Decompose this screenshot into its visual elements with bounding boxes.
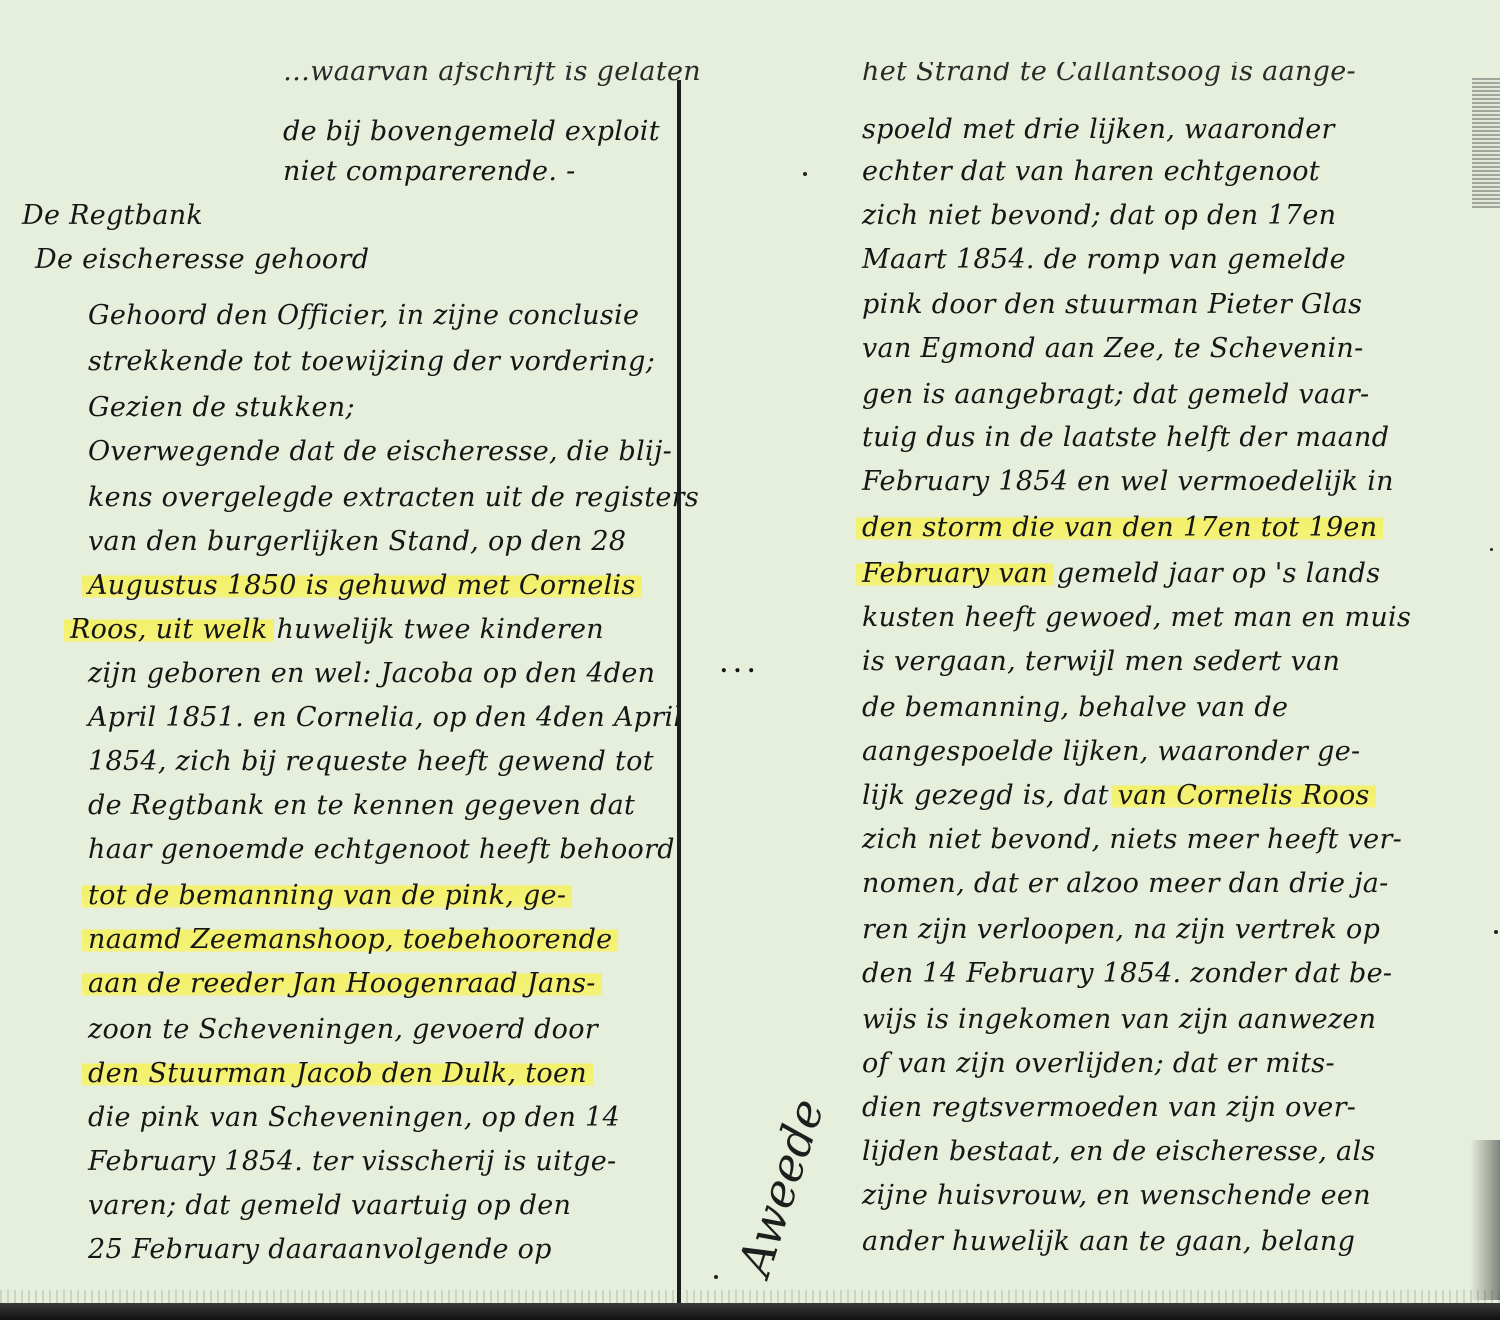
highlighted-text: naamd Zeemanshoop, toebehoorende xyxy=(82,924,618,955)
line-text: dien regtsvermoeden van zijn over- xyxy=(862,1092,1356,1123)
handwritten-line: echter dat van haren echtgenoot xyxy=(862,152,1320,192)
handwritten-line: Augustus 1850 is gehuwd met Cornelis xyxy=(88,566,636,606)
line-text: Gehoord den Officier, in zijne conclusie xyxy=(88,300,639,331)
handwritten-line: 1854, zich bij requeste heeft gewend tot xyxy=(88,742,654,782)
line-text: haar genoemde echtgenoot heeft behoord xyxy=(88,834,675,865)
highlighted-text: February van xyxy=(856,558,1054,589)
handwritten-line: of van zijn overlijden; dat er mits- xyxy=(862,1044,1335,1084)
handwritten-line: Roos, uit welk huwelijk twee kinderen xyxy=(70,610,604,650)
highlighted-text: aan de reeder Jan Hoogenraad Jans- xyxy=(82,968,602,999)
line-text: het Strand te Callantsoog is aange- xyxy=(862,62,1356,86)
line-text: de bemanning, behalve van de xyxy=(862,692,1288,723)
line-text: kusten heeft gewoed, met man en muis xyxy=(862,602,1411,633)
line-text: April 1851. en Cornelia, op den 4den Apr… xyxy=(88,702,682,733)
highlighted-text: tot de bemanning van de pink, ge- xyxy=(82,880,572,911)
handwritten-line: gen is aangebragt; dat gemeld vaar- xyxy=(862,375,1369,415)
line-text: die pink van Scheveningen, op den 14 xyxy=(88,1102,620,1133)
handwritten-line: Overwegende dat de eischeresse, die blij… xyxy=(88,432,672,472)
line-text: de Regtbank en te kennen gegeven dat xyxy=(88,790,635,821)
line-text: …waarvan afschrift is gelaten xyxy=(283,62,701,86)
line-text: Overwegende dat de eischeresse, die blij… xyxy=(88,436,672,467)
line-text: varen; dat gemeld vaartuig op den xyxy=(88,1190,571,1221)
handwritten-line: kens overgelegde extracten uit de regist… xyxy=(88,478,699,518)
handwritten-line: de bemanning, behalve van de xyxy=(862,688,1288,728)
handwritten-line: Gehoord den Officier, in zijne conclusie xyxy=(88,296,639,336)
line-text: aangespoelde lijken, waaronder ge- xyxy=(862,736,1360,767)
handwritten-line: varen; dat gemeld vaartuig op den xyxy=(88,1186,571,1226)
handwritten-line: den Stuurman Jacob den Dulk, toen xyxy=(88,1054,587,1094)
handwritten-line: De Regtbank xyxy=(22,196,203,236)
scan-noise-top-right xyxy=(1472,78,1500,208)
handwritten-line: pink door den stuurman Pieter Glas xyxy=(862,285,1362,325)
handwritten-line: de Regtbank en te kennen gegeven dat xyxy=(88,786,635,826)
handwritten-line: die pink van Scheveningen, op den 14 xyxy=(88,1098,620,1138)
line-text: lijden bestaat, en de eischeresse, als xyxy=(862,1136,1376,1167)
line-text: zijne huisvrouw, en wenschende een xyxy=(862,1180,1371,1211)
handwritten-line: lijk gezegd is, dat van Cornelis Roos xyxy=(862,776,1370,816)
line-text: zich niet bevond, niets meer heeft ver- xyxy=(862,824,1402,855)
line-text: Maart 1854. de romp van gemelde xyxy=(862,244,1346,275)
line-text: strekkende tot toewijzing der vordering; xyxy=(88,346,655,377)
line-text: gen is aangebragt; dat gemeld vaar- xyxy=(862,379,1369,410)
scan-noise-bottom-right xyxy=(1470,1140,1500,1300)
handwritten-line: kusten heeft gewoed, met man en muis xyxy=(862,598,1411,638)
handwritten-line: aangespoelde lijken, waaronder ge- xyxy=(862,732,1360,772)
handwritten-line: zich niet bevond; dat op den 17en xyxy=(862,196,1336,236)
margin-marks: ... xyxy=(720,652,761,678)
handwritten-line: ren zijn verloopen, na zijn vertrek op xyxy=(862,910,1380,950)
line-text: Gezien de stukken; xyxy=(88,392,355,423)
handwritten-line: strekkende tot toewijzing der vordering; xyxy=(88,342,655,382)
left-page: …waarvan afschrift is gelatende bij bove… xyxy=(0,0,680,1300)
highlighted-text: Augustus 1850 is gehuwd met Cornelis xyxy=(82,570,642,601)
handwritten-line: zijne huisvrouw, en wenschende een xyxy=(862,1176,1371,1216)
scan-edge-bottom xyxy=(0,1303,1500,1320)
line-text: nomen, dat er alzoo meer dan drie ja- xyxy=(862,868,1389,899)
handwritten-line: is vergaan, terwijl men sedert van xyxy=(862,642,1340,682)
handwritten-line: wijs is ingekomen van zijn aanwezen xyxy=(862,1000,1376,1040)
handwritten-line: naamd Zeemanshoop, toebehoorende xyxy=(88,920,612,960)
line-text: 25 February daaraanvolgende op xyxy=(88,1234,552,1265)
line-text: huwelijk twee kinderen xyxy=(268,614,604,645)
highlighted-text: den storm die van den 17en tot 19en xyxy=(856,512,1383,543)
line-text: De eischeresse gehoord xyxy=(35,244,369,275)
line-text: zich niet bevond; dat op den 17en xyxy=(862,200,1336,231)
line-text: lijk gezegd is, dat xyxy=(862,780,1118,811)
line-text: kens overgelegde extracten uit de regist… xyxy=(88,482,699,513)
line-text: de bij bovengemeld exploit xyxy=(283,116,660,147)
handwritten-line: zoon te Scheveningen, gevoerd door xyxy=(88,1010,598,1050)
line-text: van den burgerlijken Stand, op den 28 xyxy=(88,526,626,557)
handwritten-line: zich niet bevond, niets meer heeft ver- xyxy=(862,820,1402,860)
scan-speckle-bottom xyxy=(0,1290,1500,1304)
line-text: zijn geboren en wel: Jacoba op den 4den xyxy=(88,658,655,689)
handwritten-line: van Egmond aan Zee, te Schevenin- xyxy=(862,329,1364,369)
line-text: den 14 February 1854. zonder dat be- xyxy=(862,958,1392,989)
page-binding-line xyxy=(677,80,681,1306)
handwritten-line: De eischeresse gehoord xyxy=(35,240,369,280)
highlighted-text: van Cornelis Roos xyxy=(1112,780,1376,811)
line-text: De Regtbank xyxy=(22,200,203,231)
line-text: gemeld jaar op 's lands xyxy=(1048,558,1380,589)
handwritten-line: February 1854 en wel vermoedelijk in xyxy=(862,462,1394,502)
line-text: spoeld met drie lijken, waaronder xyxy=(862,114,1335,145)
highlighted-text: den Stuurman Jacob den Dulk, toen xyxy=(82,1058,593,1089)
handwritten-line: zijn geboren en wel: Jacoba op den 4den xyxy=(88,654,655,694)
handwritten-line: …waarvan afschrift is gelaten xyxy=(283,62,701,86)
handwritten-line: haar genoemde echtgenoot heeft behoord xyxy=(88,830,675,870)
line-text: echter dat van haren echtgenoot xyxy=(862,156,1320,187)
handwritten-line: de bij bovengemeld exploit xyxy=(283,112,660,152)
line-text: February 1854. ter visscherij is uitge- xyxy=(88,1146,616,1177)
handwritten-line: nomen, dat er alzoo meer dan drie ja- xyxy=(862,864,1389,904)
handwritten-line: tuig dus in de laatste helft der maand xyxy=(862,418,1389,458)
line-text: pink door den stuurman Pieter Glas xyxy=(862,289,1362,320)
handwritten-line: dien regtsvermoeden van zijn over- xyxy=(862,1088,1356,1128)
handwritten-line: lijden bestaat, en de eischeresse, als xyxy=(862,1132,1376,1172)
handwritten-line: van den burgerlijken Stand, op den 28 xyxy=(88,522,626,562)
ink-dot xyxy=(1494,930,1498,934)
line-text: van Egmond aan Zee, te Schevenin- xyxy=(862,333,1364,364)
handwritten-line: spoeld met drie lijken, waaronder xyxy=(862,110,1335,150)
highlighted-text: Roos, uit welk xyxy=(64,614,274,645)
handwritten-line: den storm die van den 17en tot 19en xyxy=(862,508,1377,548)
handwritten-line: niet comparerende. - xyxy=(283,152,576,192)
line-text: tuig dus in de laatste helft der maand xyxy=(862,422,1389,453)
ink-dot xyxy=(803,172,807,176)
handwritten-line: tot de bemanning van de pink, ge- xyxy=(88,876,566,916)
handwritten-line: February van gemeld jaar op 's lands xyxy=(862,554,1380,594)
handwritten-line: den 14 February 1854. zonder dat be- xyxy=(862,954,1392,994)
line-text: February 1854 en wel vermoedelijk in xyxy=(862,466,1394,497)
line-text: niet comparerende. - xyxy=(283,156,576,187)
ink-dot xyxy=(714,1275,718,1279)
line-text: of van zijn overlijden; dat er mits- xyxy=(862,1048,1335,1079)
line-text: ander huwelijk aan te gaan, belang xyxy=(862,1226,1355,1257)
line-text: 1854, zich bij requeste heeft gewend tot xyxy=(88,746,654,777)
line-text: zoon te Scheveningen, gevoerd door xyxy=(88,1014,598,1045)
handwritten-line: ander huwelijk aan te gaan, belang xyxy=(862,1222,1355,1262)
handwritten-line: April 1851. en Cornelia, op den 4den Apr… xyxy=(88,698,682,738)
handwritten-line: het Strand te Callantsoog is aange- xyxy=(862,62,1356,86)
handwritten-line: Gezien de stukken; xyxy=(88,388,355,428)
handwritten-line: February 1854. ter visscherij is uitge- xyxy=(88,1142,616,1182)
handwritten-line: Maart 1854. de romp van gemelde xyxy=(862,240,1346,280)
line-text: is vergaan, terwijl men sedert van xyxy=(862,646,1340,677)
handwritten-line: aan de reeder Jan Hoogenraad Jans- xyxy=(88,964,596,1004)
line-text: wijs is ingekomen van zijn aanwezen xyxy=(862,1004,1376,1035)
handwritten-line: 25 February daaraanvolgende op xyxy=(88,1230,552,1270)
line-text: ren zijn verloopen, na zijn vertrek op xyxy=(862,914,1380,945)
ink-dot xyxy=(1490,548,1493,551)
